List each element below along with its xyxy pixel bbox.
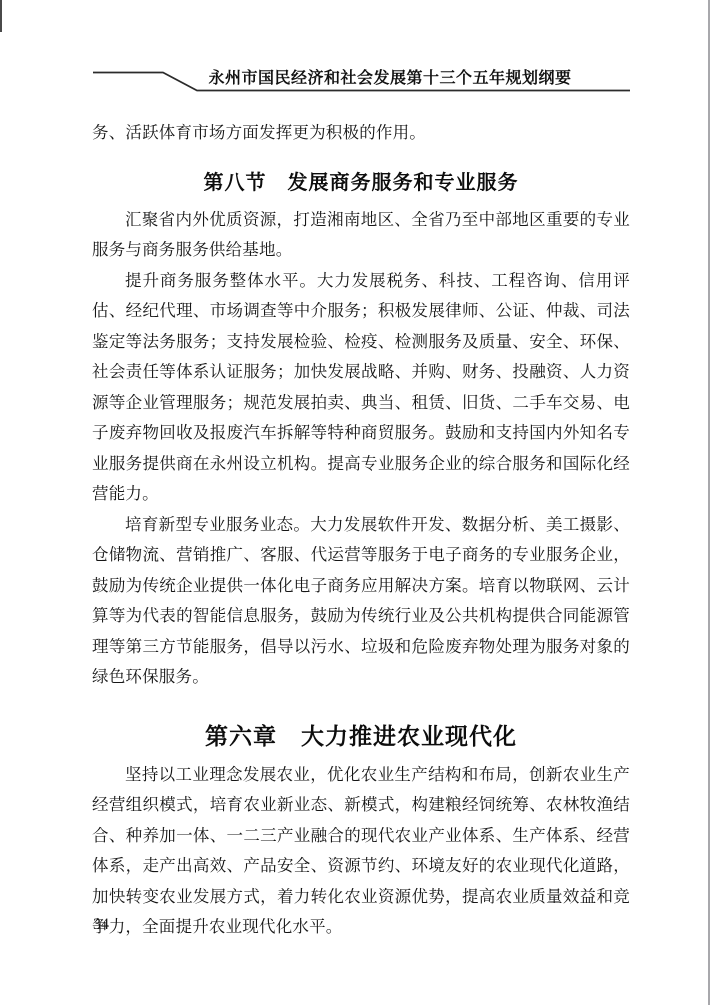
page-body: 务、活跃体育市场方面发挥更为积极的作用。 第八节 发展商务服务和专业服务 汇聚省…: [92, 0, 630, 943]
paragraph: 坚持以工业理念发展农业，优化农业生产结构和布局，创新农业生产经营组织模式，培育农…: [92, 760, 630, 943]
page-number: 34: [93, 916, 109, 934]
paragraph: 提升商务服务整体水平。大力发展税务、科技、工程咨询、信用评估、经纪代理、市场调查…: [92, 266, 630, 510]
paragraph: 汇聚省内外优质资源，打造湘南地区、全省乃至中部地区重要的专业服务与商务服务供给基…: [92, 205, 630, 266]
paragraph-continuation: 务、活跃体育市场方面发挥更为积极的作用。: [92, 118, 630, 149]
chapter-heading: 第六章 大力推进农业现代化: [92, 719, 630, 753]
document-page: 永州市国民经济和社会发展第十三个五年规划纲要 务、活跃体育市场方面发挥更为积极的…: [0, 0, 721, 1005]
paragraph: 培育新型专业服务业态。大力发展软件开发、数据分析、美工摄影、仓储物流、营销推广、…: [92, 510, 630, 693]
page-edge-line: [708, 0, 710, 1005]
scan-artifact: [0, 0, 2, 32]
section-heading: 第八节 发展商务服务和专业服务: [92, 169, 630, 197]
